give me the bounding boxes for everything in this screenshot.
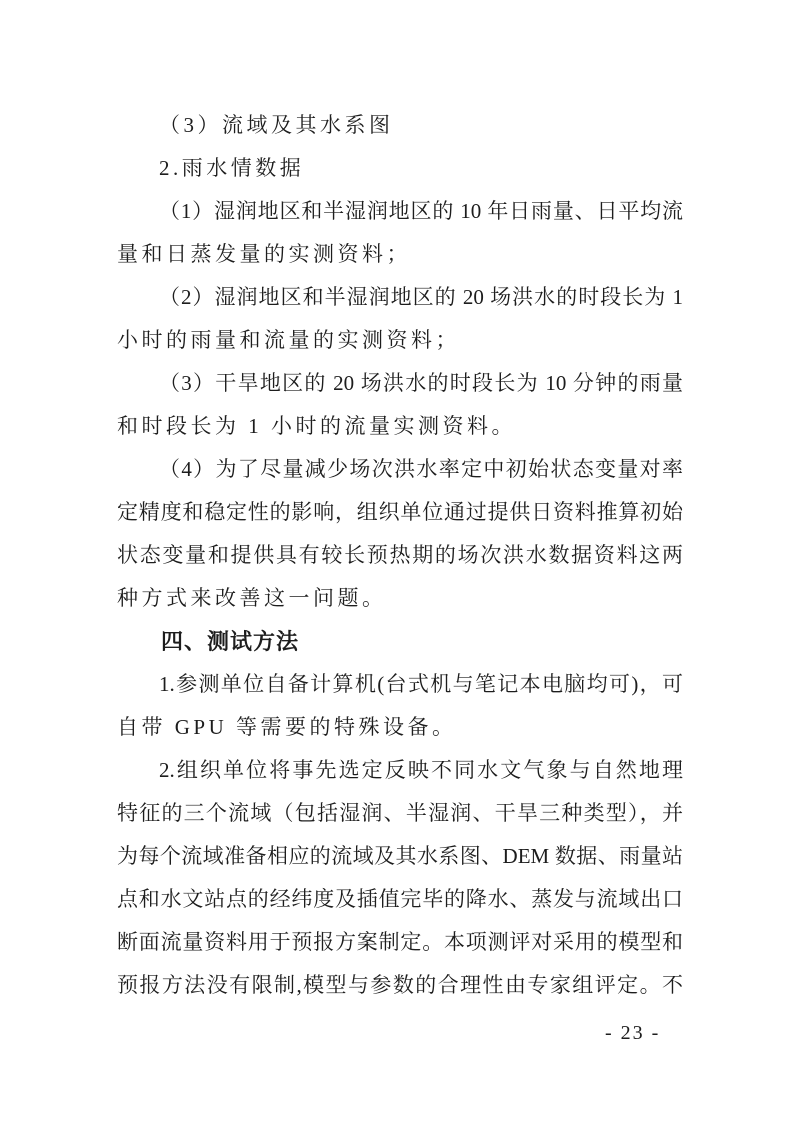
document-body: （3）流域及其水系图 2.雨水情数据 （1）湿润地区和半湿润地区的 10 年日雨… <box>0 0 800 1007</box>
paragraph-line: （3）流域及其水系图 <box>117 104 683 147</box>
page-number: - 23 - <box>605 1022 660 1045</box>
paragraph-line: 预报方法没有限制,模型与参数的合理性由专家组评定。不 <box>117 964 683 1007</box>
paragraph-line: 定精度和稳定性的影响，组织单位通过提供日资料推算初始 <box>117 491 683 534</box>
paragraph-line: 量和日蒸发量的实测资料； <box>117 233 683 276</box>
paragraph-line: 特征的三个流域（包括湿润、半湿润、干旱三种类型），并 <box>117 792 683 835</box>
paragraph-line: 2.雨水情数据 <box>117 147 683 190</box>
paragraph-line: 点和水文站点的经纬度及插值完毕的降水、蒸发与流域出口 <box>117 878 683 921</box>
paragraph-line: 小时的雨量和流量的实测资料； <box>117 319 683 362</box>
paragraph-line: 状态变量和提供具有较长预热期的场次洪水数据资料这两 <box>117 534 683 577</box>
paragraph-line: 2.组织单位将事先选定反映不同水文气象与自然地理 <box>117 749 683 792</box>
paragraph-line: （4）为了尽量减少场次洪水率定中初始状态变量对率 <box>117 448 683 491</box>
paragraph-line: 种方式来改善这一问题。 <box>117 577 683 620</box>
paragraph-line: 和时段长为 1 小时的流量实测资料。 <box>117 405 683 448</box>
section-heading: 四、测试方法 <box>117 620 683 663</box>
paragraph-line: 断面流量资料用于预报方案制定。本项测评对采用的模型和 <box>117 921 683 964</box>
paragraph-line: 自带 GPU 等需要的特殊设备。 <box>117 706 683 749</box>
document-page: （3）流域及其水系图 2.雨水情数据 （1）湿润地区和半湿润地区的 10 年日雨… <box>0 0 800 1131</box>
paragraph-line: （2）湿润地区和半湿润地区的 20 场洪水的时段长为 1 <box>117 276 683 319</box>
paragraph-line: 1.参测单位自备计算机(台式机与笔记本电脑均可)，可 <box>117 663 683 706</box>
paragraph-line: （3）干旱地区的 20 场洪水的时段长为 10 分钟的雨量 <box>117 362 683 405</box>
paragraph-line: 为每个流域准备相应的流域及其水系图、DEM 数据、雨量站 <box>117 835 683 878</box>
paragraph-line: （1）湿润地区和半湿润地区的 10 年日雨量、日平均流 <box>117 190 683 233</box>
